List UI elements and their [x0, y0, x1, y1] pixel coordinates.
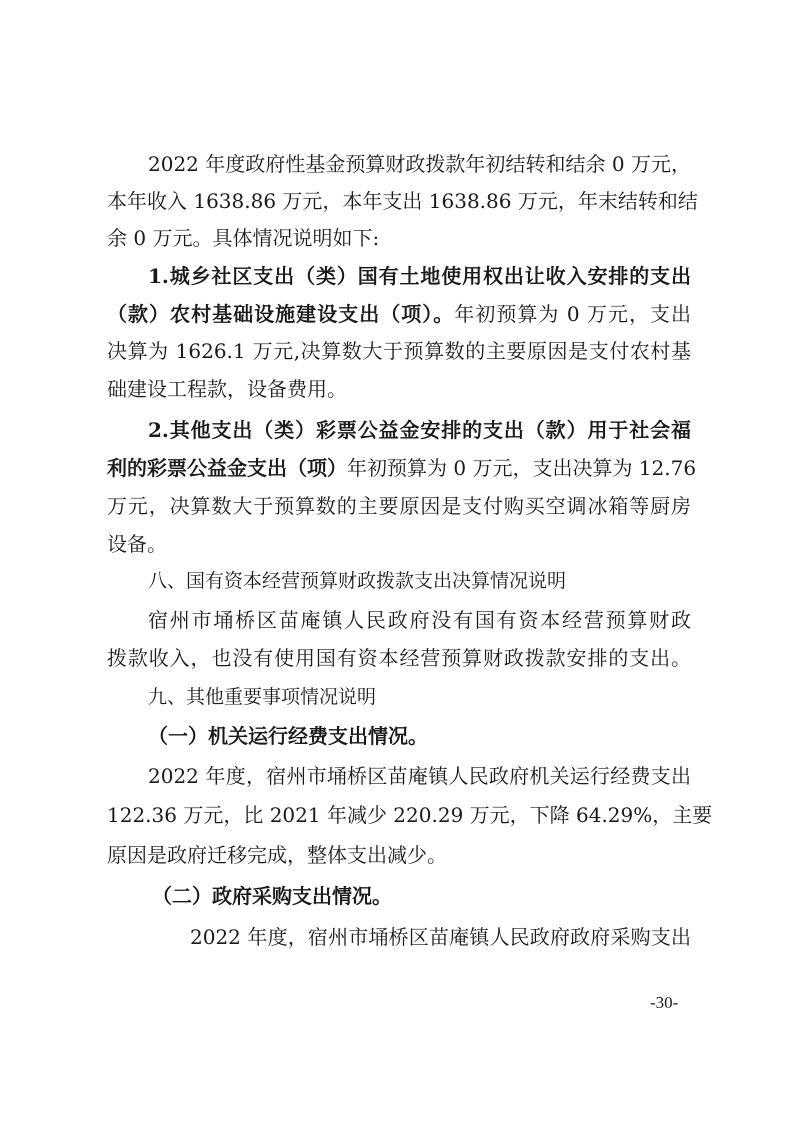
paragraph-fund-summary-line-2: 本年收入 1638.86 万元，本年支出 1638.86 万元，年末结转和结 — [107, 189, 691, 213]
section-8-line-1: 宿州市埇桥区苗庵镇人民政府没有国有资本经营预算财政 — [148, 608, 691, 632]
paragraph-fund-summary-line-1: 2022 年度政府性基金预算财政拨款年初结转和结余 0 万元， — [148, 152, 691, 176]
item-1-line-2: （款）农村基础设施建设支出（项）。年初预算为 0 万元，支出 — [107, 302, 691, 326]
item-2-title-line-2: 利的彩票公益金支出（项） — [107, 456, 347, 480]
section-9-sub-1-line-3: 原因是政府迁移完成，整体支出减少。 — [107, 843, 691, 867]
paragraph-fund-summary-line-3: 余 0 万元。具体情况说明如下: — [107, 226, 691, 250]
section-9-sub-2-line-1: 2022 年度，宿州市埇桥区苗庵镇人民政府政府采购支出 — [190, 925, 691, 949]
section-9-heading: 九、其他重要事项情况说明 — [148, 685, 691, 709]
section-9-sub-1-heading: （一）机关运行经费支出情况。 — [148, 724, 691, 748]
item-1-title-line-1: 1.城乡社区支出（类）国有土地使用权出让收入安排的支出 — [148, 264, 691, 288]
section-9-sub-1-line-2: 122.36 万元，比 2021 年减少 220.29 万元，下降 64.29%… — [107, 803, 691, 827]
section-8-line-2: 拨款收入，也没有使用国有资本经营预算财政拨款安排的支出。 — [107, 646, 691, 670]
item-1-title-line-2: （款）农村基础设施建设支出（项）。 — [107, 302, 454, 326]
item-1-text-line-2: 年初预算为 0 万元，支出 — [454, 302, 691, 326]
section-9-sub-2-heading: （二）政府采购支出情况。 — [152, 884, 691, 908]
document-page: 2022 年度政府性基金预算财政拨款年初结转和结余 0 万元， 本年收入 163… — [0, 0, 793, 1122]
item-2-line-3: 万元，决算数大于预算数的主要原因是支付购买空调冰箱等厨房 — [107, 494, 691, 518]
item-2-title-line-1: 2.其他支出（类）彩票公益金安排的支出（款）用于社会福 — [148, 418, 691, 442]
item-2-line-4: 设备。 — [107, 532, 691, 556]
item-1-line-4: 础建设工程款，设备费用。 — [107, 377, 691, 401]
item-2-line-2: 利的彩票公益金支出（项）年初预算为 0 万元，支出决算为 12.76 — [107, 456, 691, 480]
page-number: -30- — [650, 992, 678, 1014]
item-1-line-3: 决算为 1626.1 万元,决算数大于预算数的主要原因是支付农村基 — [107, 339, 691, 363]
item-2-text-line-2: 年初预算为 0 万元，支出决算为 12.76 — [347, 456, 696, 480]
section-9-sub-1-line-1: 2022 年度，宿州市埇桥区苗庵镇人民政府机关运行经费支出 — [148, 764, 691, 788]
section-8-heading: 八、国有资本经营预算财政拨款支出决算情况说明 — [148, 569, 691, 593]
